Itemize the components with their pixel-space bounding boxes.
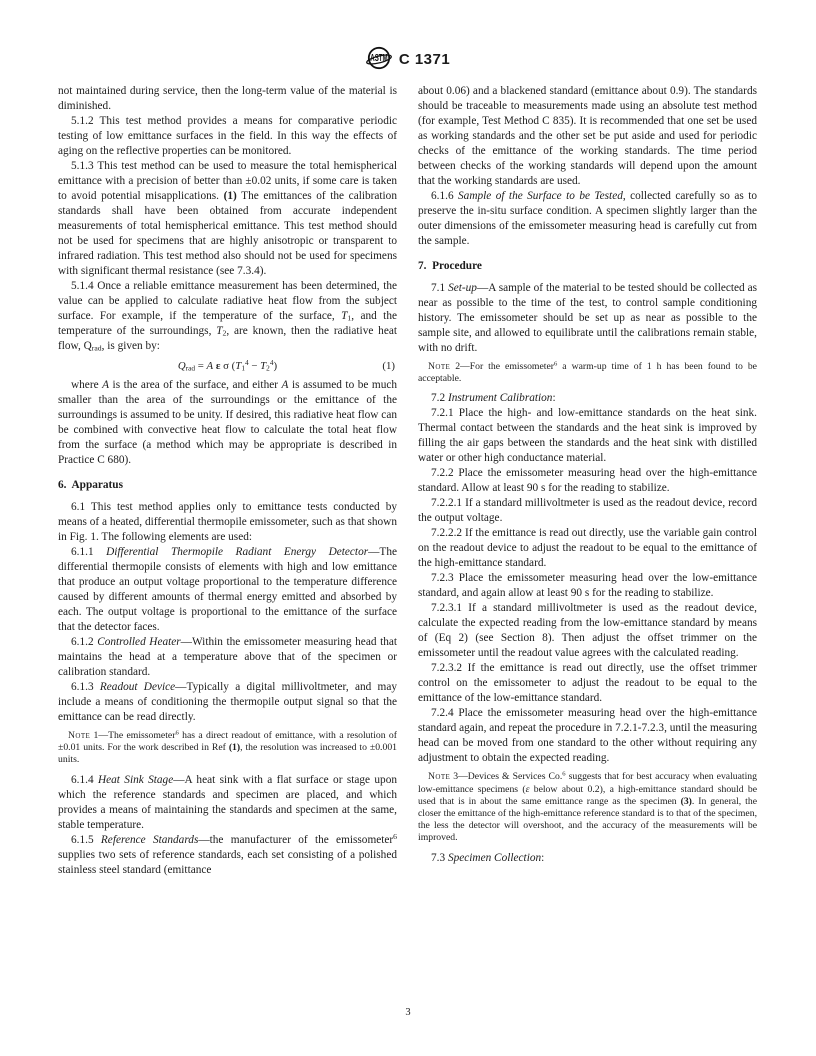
para-7.2.1: 7.2.1 Place the high- and low-emittance …	[418, 406, 757, 466]
para-7.3: 7.3 Specimen Collection:	[418, 851, 757, 866]
para-where: where A is the area of the surface, and …	[58, 378, 397, 468]
para-6.1.2: 6.1.2 Controlled Heater—Within the emiss…	[58, 635, 397, 680]
para-5.1.4: 5.1.4 Once a reliable emittance measurem…	[58, 279, 397, 354]
para-7.1: 7.1 Set-up—A sample of the material to b…	[418, 281, 757, 356]
page-number: 3	[405, 1007, 410, 1018]
equation-1: Qrad = A ε σ (T14 − T24)(1)	[58, 359, 397, 374]
section-heading-apparatus: 6. Apparatus	[58, 478, 397, 493]
section-heading-procedure: 7. Procedure	[418, 259, 757, 274]
page-header: ASTM C 1371	[0, 46, 816, 72]
para-7.2.2.2: 7.2.2.2 If the emittance is read out dir…	[418, 526, 757, 571]
para-7.2: 7.2 Instrument Calibration:	[418, 391, 757, 406]
para-7.2.3.1: 7.2.3.1 If a standard millivoltmeter is …	[418, 601, 757, 661]
document-page: ASTM C 1371 not maintained during servic…	[0, 0, 816, 1056]
note-2: Note 2—For the emissometer6 a warm-up ti…	[418, 361, 757, 385]
para-6.1.3: 6.1.3 Readout Device—Typically a digital…	[58, 680, 397, 725]
para-6.1.1: 6.1.1 Differential Thermopile Radiant En…	[58, 545, 397, 635]
note-1: Note 1—The emissometer6 has a direct rea…	[58, 730, 397, 767]
para-7.2.3.2: 7.2.3.2 If the emittance is read out dir…	[418, 661, 757, 706]
para-7.2.3: 7.2.3 Place the emissometer measuring he…	[418, 571, 757, 601]
two-column-body: not maintained during service, then the …	[58, 84, 758, 878]
para-5.1.2: 5.1.2 This test method provides a means …	[58, 114, 397, 159]
para-7.2.4: 7.2.4 Place the emissometer measuring he…	[418, 706, 757, 766]
para-6.1: 6.1 This test method applies only to emi…	[58, 500, 397, 545]
para-6.1.4: 6.1.4 Heat Sink Stage—A heat sink with a…	[58, 773, 397, 833]
page-footer: 3	[0, 1007, 816, 1018]
para-6.1.5-cont: about 0.06) and a blackened standard (em…	[418, 84, 757, 189]
para-6.1.5: 6.1.5 Reference Standards—the manufactur…	[58, 833, 397, 878]
para-7.2.2: 7.2.2 Place the emissometer measuring he…	[418, 466, 757, 496]
para-6.1.6: 6.1.6 Sample of the Surface to be Tested…	[418, 189, 757, 249]
para-5.1.3: 5.1.3 This test method can be used to me…	[58, 159, 397, 279]
equation-number: (1)	[382, 359, 395, 374]
left-column: not maintained during service, then the …	[58, 84, 397, 878]
right-column: about 0.06) and a blackened standard (em…	[418, 84, 757, 878]
para-7.2.2.1: 7.2.2.1 If a standard millivoltmeter is …	[418, 496, 757, 526]
note-3: Note 3—Devices & Services Co.6 suggests …	[418, 771, 757, 844]
astm-logo-icon: ASTM	[366, 46, 392, 72]
doc-designation: C 1371	[399, 51, 450, 68]
para-5.1.1-cont: not maintained during service, then the …	[58, 84, 397, 114]
svg-text:ASTM: ASTM	[370, 51, 387, 63]
equation-formula: Qrad = A ε σ (T14 − T24)	[178, 360, 277, 372]
